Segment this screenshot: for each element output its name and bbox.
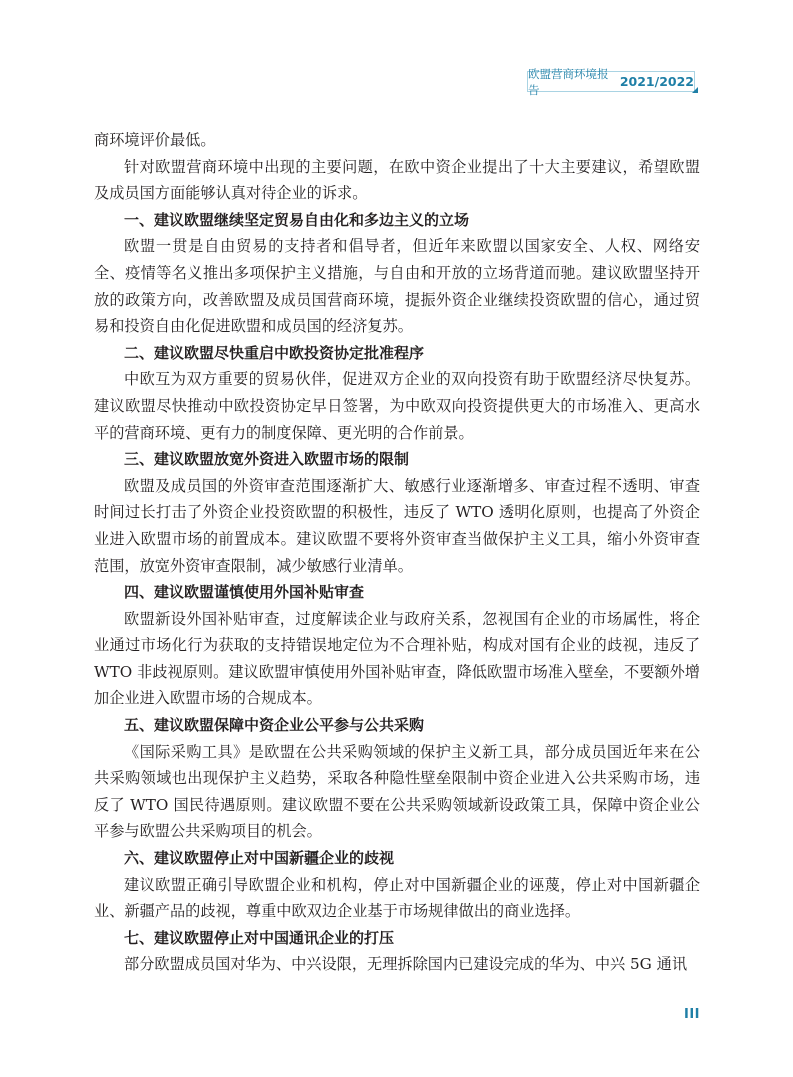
paragraph: 部分欧盟成员国对华为、中兴设限，无理拆除国内已建设完成的华为、中兴 5G 通讯 [94, 951, 700, 978]
paragraph: 中欧互为双方重要的贸易伙伴，促进双方企业的双向投资有助于欧盟经济尽快复苏。建议欧… [94, 366, 700, 446]
section-heading: 四、建议欧盟谨慎使用外国补贴审查 [94, 579, 700, 606]
header-corner-mark [692, 87, 698, 93]
paragraph: 建议欧盟正确引导欧盟企业和机构，停止对中国新疆企业的诬蔑，停止对中国新疆企业、新… [94, 872, 700, 925]
section-heading: 一、建议欧盟继续坚定贸易自由化和多边主义的立场 [94, 207, 700, 234]
section-heading: 六、建议欧盟停止对中国新疆企业的歧视 [94, 845, 700, 872]
section-heading: 七、建议欧盟停止对中国通讯企业的打压 [94, 925, 700, 952]
page-number: III [684, 1007, 700, 1022]
paragraph: 商环境评价最低。 [94, 127, 700, 154]
paragraph: 针对欧盟营商环境中出现的主要问题，在欧中资企业提出了十大主要建议，希望欧盟及成员… [94, 154, 700, 207]
section-heading: 五、建议欧盟保障中资企业公平参与公共采购 [94, 712, 700, 739]
section-heading: 三、建议欧盟放宽外资进入欧盟市场的限制 [94, 446, 700, 473]
paragraph: 欧盟新设外国补贴审查，过度解读企业与政府关系，忽视国有企业的市场属性，将企业通过… [94, 606, 700, 712]
running-header: 欧盟营商环境报告 2021/2022 [527, 71, 695, 92]
paragraph: 欧盟一贯是自由贸易的支持者和倡导者，但近年来欧盟以国家安全、人权、网络安全、疫情… [94, 233, 700, 339]
report-year: 2021/2022 [620, 74, 694, 89]
page-body: 商环境评价最低。 针对欧盟营商环境中出现的主要问题，在欧中资企业提出了十大主要建… [94, 127, 700, 978]
report-title: 欧盟营商环境报告 [528, 66, 617, 98]
paragraph: 《国际采购工具》是欧盟在公共采购领域的保护主义新工具，部分成员国近年来在公共采购… [94, 739, 700, 845]
section-heading: 二、建议欧盟尽快重启中欧投资协定批准程序 [94, 340, 700, 367]
paragraph: 欧盟及成员国的外资审查范围逐渐扩大、敏感行业逐渐增多、审查过程不透明、审查时间过… [94, 473, 700, 579]
